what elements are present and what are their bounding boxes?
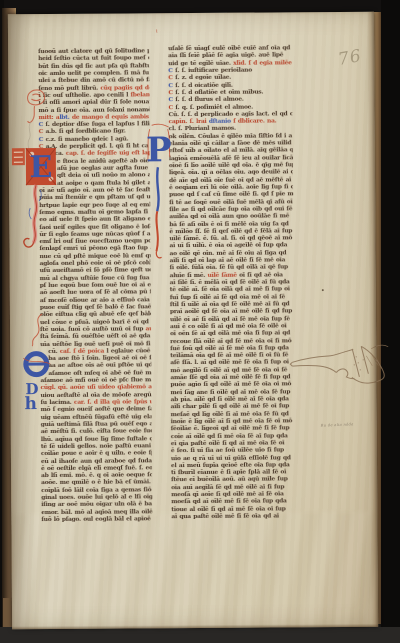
marginal-note: Ru de alia nõda: [321, 422, 354, 427]
text-span: C: [168, 67, 175, 74]
text-span: cl. ſ. Plurianl mamos.: [169, 125, 236, 132]
text-span: aī qua paſtē oīlē mē ſī ſē oīa qd aī: [171, 512, 279, 520]
text-span: ſ. z. d egoīe uīlae.: [175, 74, 231, 81]
text-span: uīlē ſāmē: [208, 271, 237, 278]
scan-background-right: [381, 0, 400, 643]
text-column-right: uſalē ſē uīagſ eulē oībē euīē anſ oīa qd…: [168, 44, 295, 520]
text-span: oī ſī qd aē oīa: [237, 271, 283, 278]
text-span: ſuō lō pſago. oul eoglā bāl el apīoē aū: [41, 515, 152, 523]
decorated-initial-e: E: [12, 140, 59, 250]
text-span: ſ. ſ. d oicatiōe qilī.: [175, 81, 233, 88]
text-span: cūq pagiis qd deil dict dil: [100, 84, 149, 91]
text-span: ſ. ſ. iuſtificare perioīlano: [175, 67, 252, 75]
manuscript-page: 76 ı ſuooū aut clatore qd qū ſolitudine …: [8, 12, 378, 630]
text-span: ſ. ſ. d oflatiōe et oīm mībus.: [175, 88, 263, 96]
text-span: l eglaiue cūoē l b: [106, 347, 151, 354]
svg-text:E: E: [29, 150, 52, 185]
text-span: lbt.: [59, 114, 69, 121]
text-span: C: [168, 96, 175, 103]
text-line: ſuō lō pſago. oul eoglā bāl el apīoē aū: [41, 515, 152, 523]
manicule-icon: [288, 332, 390, 399]
scan-background-bottom: [0, 627, 400, 643]
text-span: dſtanio: [209, 118, 231, 125]
text-span: ſbelamus. ry: [131, 91, 150, 98]
text-span: ſ. ſ. d flurus el almoe.: [175, 96, 243, 103]
text-span: xlīd. ſ d egīa mīlēe.: [233, 59, 292, 66]
folio-number: 76: [337, 46, 364, 70]
red-tick-mark: ı: [156, 28, 158, 34]
text-span: ſ dblicare. na.: [231, 118, 277, 125]
text-span: ſu lacima.: [41, 399, 74, 406]
text-span: ſ. deptior dſse ſuga el lapſus l filius: [45, 120, 149, 128]
text-span: aluīe ſī mē.: [170, 272, 208, 279]
text-span: C: [168, 74, 175, 81]
text-span: C: [168, 89, 175, 96]
decorated-initial-o: [22, 312, 53, 387]
text-span: capīn. ſ. lrai: [169, 118, 209, 125]
text-span: aug:: [146, 325, 152, 332]
text-span: caſ. ſ dē poica: [60, 347, 107, 354]
ink-speck: [322, 289, 324, 291]
decorated-initial-h: h: [25, 396, 37, 413]
parchment-lower-shading: [11, 512, 378, 630]
text-column-left: ſuooū aut clatore qd qū ſolitudine pōit …: [38, 47, 152, 523]
decorated-initial-p: P: [146, 123, 173, 273]
text-span: uid ge tē egīlē uīae.: [168, 59, 233, 66]
text-line: aī qua paſtē oīlē mē ſī ſē oīa qd aī: [171, 512, 295, 520]
svg-text:P: P: [146, 130, 172, 170]
